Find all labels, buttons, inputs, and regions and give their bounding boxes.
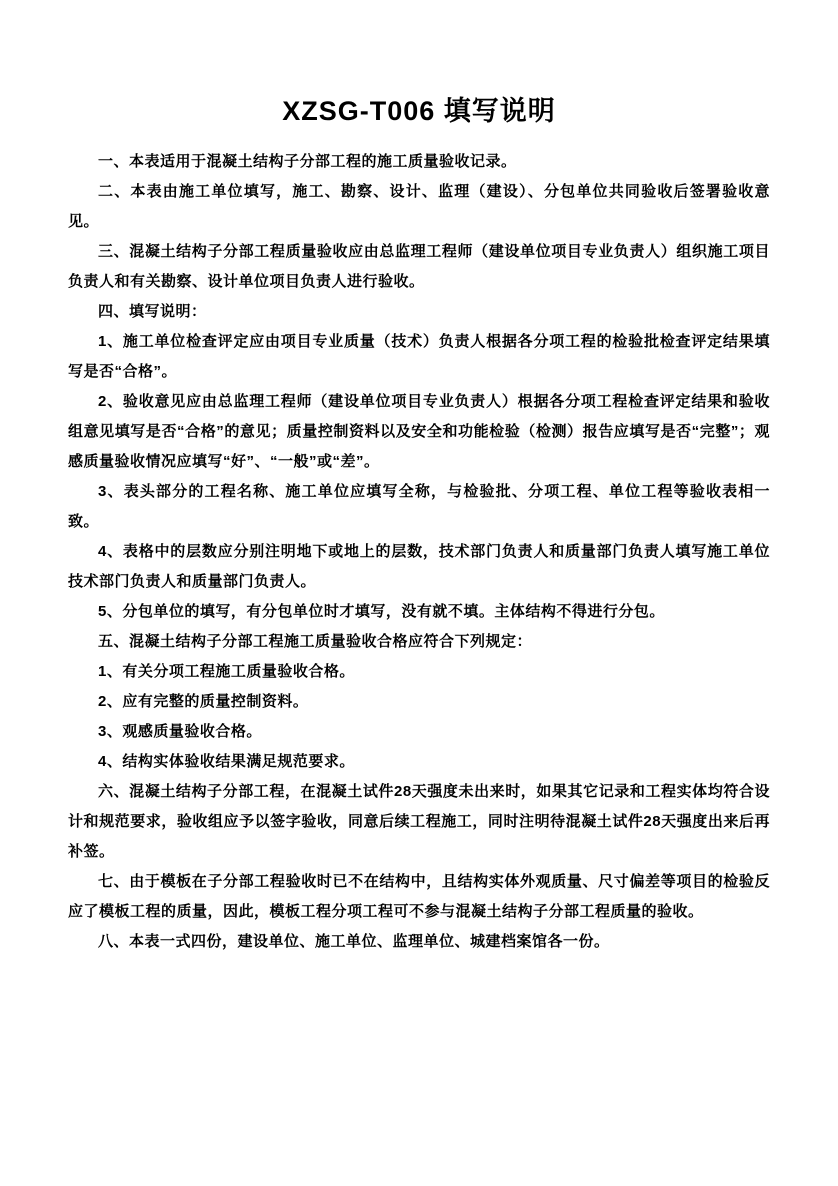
paragraph-item-10: 五、混凝土结构子分部工程施工质量验收合格应符合下列规定： <box>68 627 770 657</box>
paragraph-item-17: 八、本表一式四份，建设单位、施工单位、监理单位、城建档案馆各一份。 <box>68 927 770 957</box>
paragraph-item-6: 2、验收意见应由总监理工程师（建设单位项目专业负责人）根据各分项工程检查评定结果… <box>68 387 770 477</box>
paragraph-item-8: 4、表格中的层数应分别注明地下或地上的层数，技术部门负责人和质量部门负责人填写施… <box>68 537 770 597</box>
page-title: XZSG-T006 填写说明 <box>68 95 770 128</box>
paragraph-item-3: 三、混凝土结构子分部工程质量验收应由总监理工程师（建设单位项目专业负责人）组织施… <box>68 237 770 297</box>
paragraph-item-11: 1、有关分项工程施工质量验收合格。 <box>68 657 770 687</box>
paragraph-item-9: 5、分包单位的填写，有分包单位时才填写，没有就不填。主体结构不得进行分包。 <box>68 597 770 627</box>
paragraph-item-12: 2、应有完整的质量控制资料。 <box>68 687 770 717</box>
paragraph-item-4: 四、填写说明： <box>68 297 770 327</box>
document-page: XZSG-T006 填写说明 一、本表适用于混凝土结构子分部工程的施工质量验收记… <box>0 0 838 1186</box>
paragraph-item-7: 3、表头部分的工程名称、施工单位应填写全称，与检验批、分项工程、单位工程等验收表… <box>68 477 770 537</box>
paragraph-item-15: 六、混凝土结构子分部工程，在混凝土试件28天强度未出来时，如果其它记录和工程实体… <box>68 777 770 867</box>
paragraph-item-1: 一、本表适用于混凝土结构子分部工程的施工质量验收记录。 <box>68 147 770 177</box>
document-body: 一、本表适用于混凝土结构子分部工程的施工质量验收记录。 二、本表由施工单位填写，… <box>68 147 770 957</box>
paragraph-item-13: 3、观感质量验收合格。 <box>68 717 770 747</box>
paragraph-item-2: 二、本表由施工单位填写，施工、勘察、设计、监理（建设）、分包单位共同验收后签署验… <box>68 177 770 237</box>
paragraph-item-14: 4、结构实体验收结果满足规范要求。 <box>68 747 770 777</box>
paragraph-item-5: 1、施工单位检查评定应由项目专业质量（技术）负责人根据各分项工程的检验批检查评定… <box>68 327 770 387</box>
paragraph-item-16: 七、由于模板在子分部工程验收时已不在结构中，且结构实体外观质量、尺寸偏差等项目的… <box>68 867 770 927</box>
